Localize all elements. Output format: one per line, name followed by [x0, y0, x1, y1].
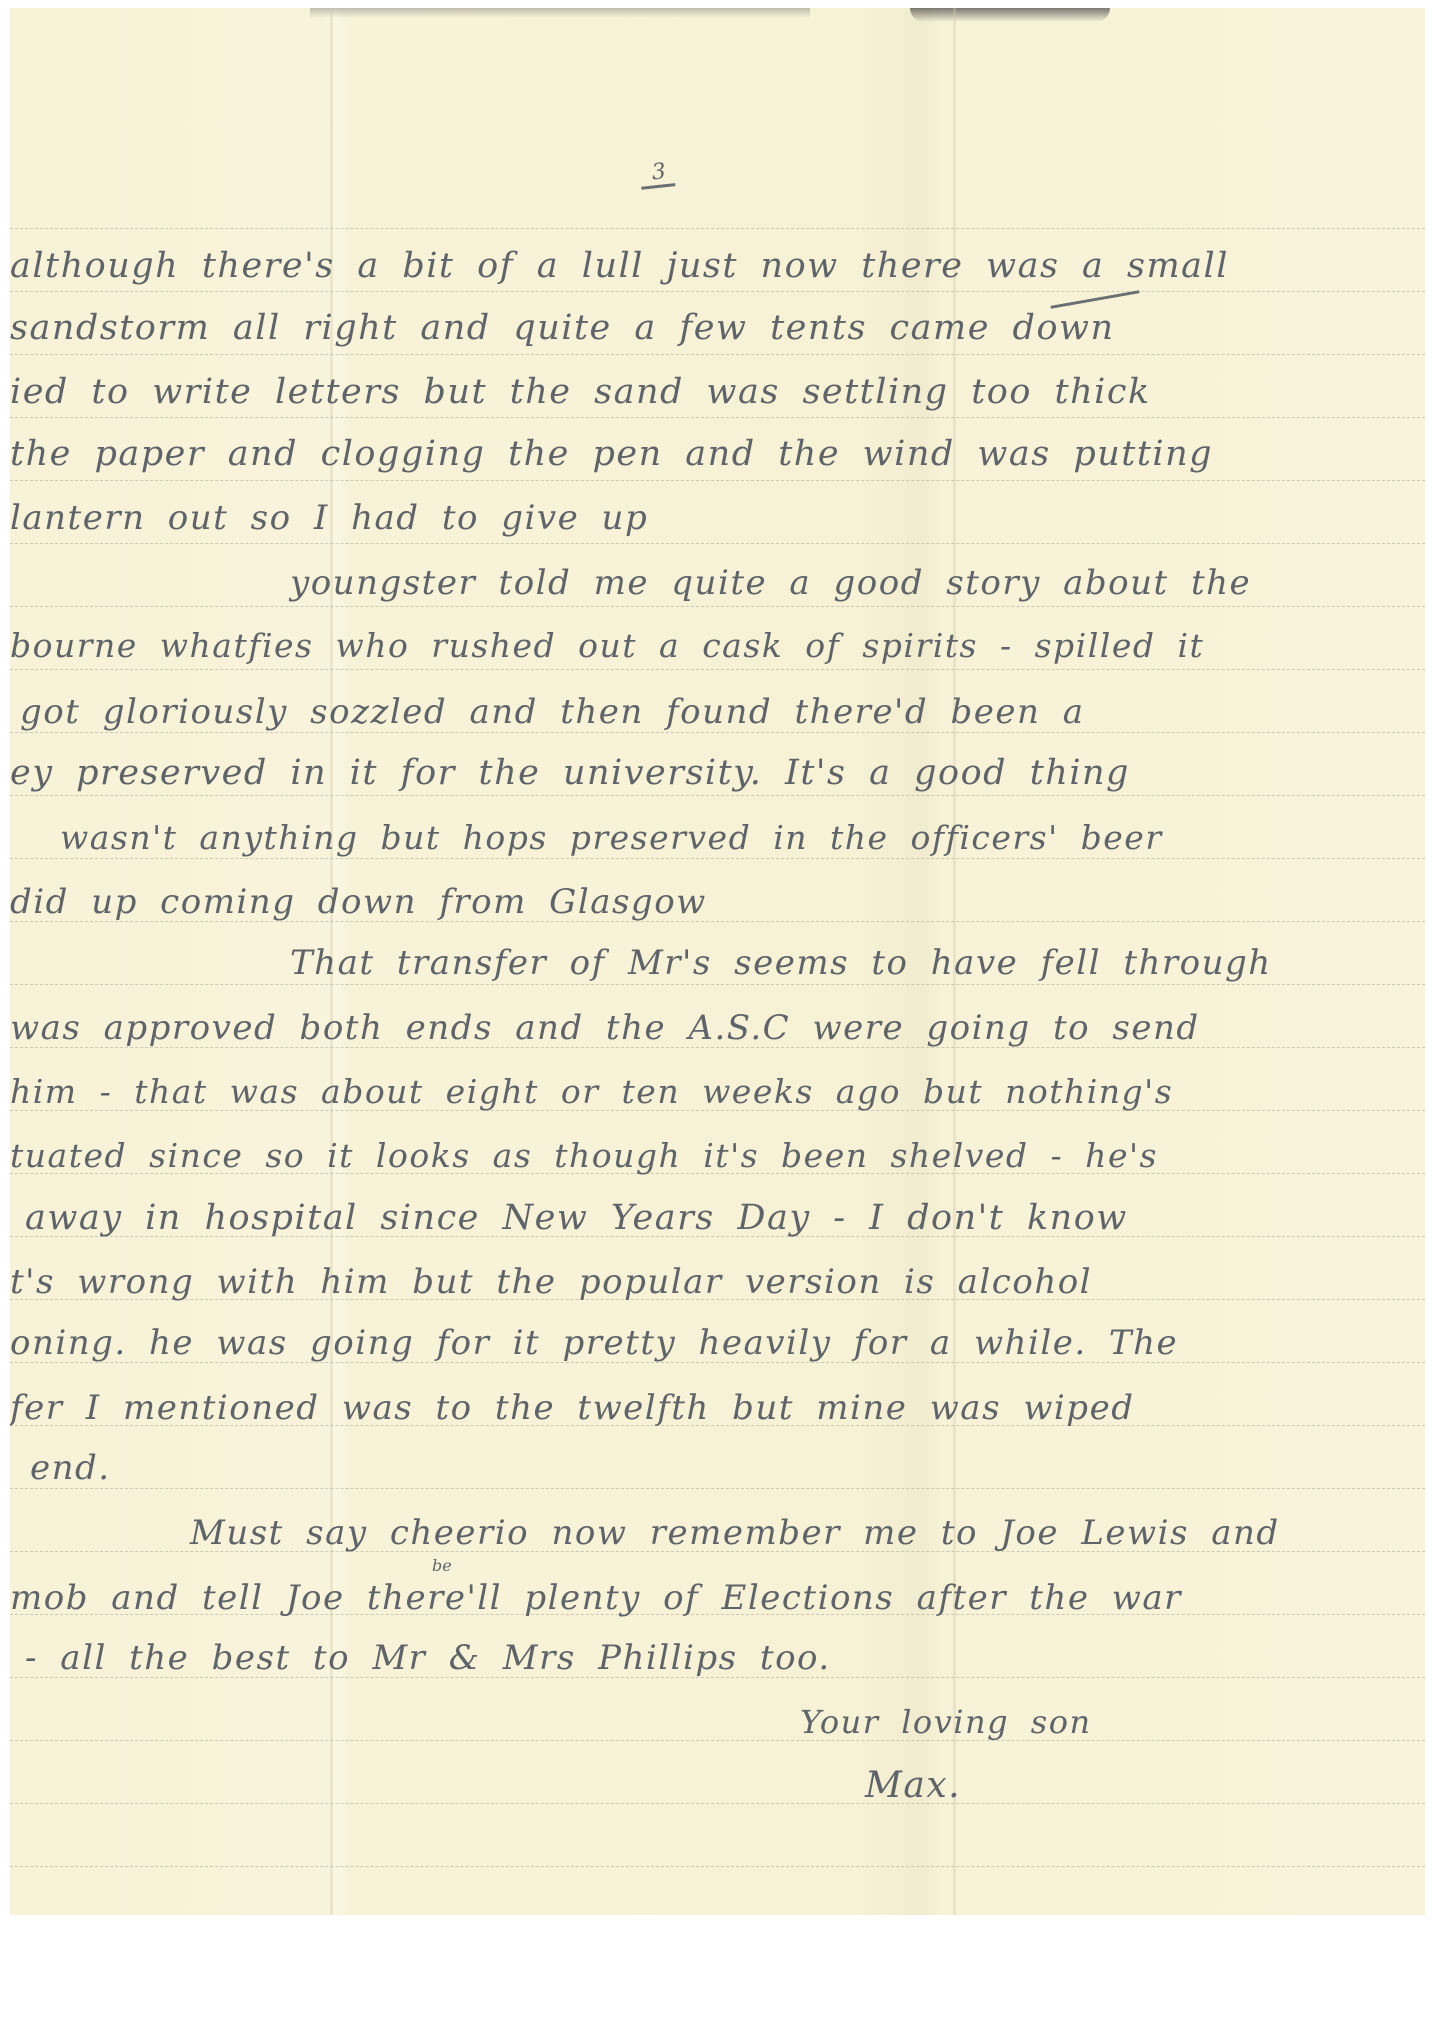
letter-line: tuated since so it looks as though it's …	[10, 1136, 1158, 1176]
insertion-mark: be	[432, 1556, 452, 1575]
scan-clip-shadow	[910, 8, 1110, 22]
letter-line: oning. he was going for it pretty heavil…	[10, 1323, 1178, 1363]
letter-line: although there's a bit of a lull just no…	[10, 246, 1229, 286]
letter-line: mob and tell Joe there'll plenty of Elec…	[10, 1578, 1182, 1618]
letter-line: youngster told me quite a good story abo…	[290, 563, 1251, 603]
letter-closing: Your loving son	[800, 1702, 1092, 1742]
ruled-line	[10, 543, 1425, 544]
letter-line: - all the best to Mr & Mrs Phillips too.	[25, 1638, 831, 1678]
letter-signature: Max.	[865, 1766, 961, 1806]
letter-line: sandstorm all right and quite a few tent…	[10, 308, 1115, 348]
letter-line: got gloriously sozzled and then found th…	[20, 692, 1084, 732]
ruled-line	[10, 1803, 1425, 1804]
letter-line: bourne whatfies who rushed out a cask of…	[10, 626, 1204, 666]
ruled-line	[10, 606, 1425, 607]
letter-line: him - that was about eight or ten weeks …	[10, 1072, 1173, 1112]
letter-line: wasn't anything but hops preserved in th…	[60, 818, 1163, 858]
ruled-line	[10, 1866, 1425, 1867]
ruled-line	[10, 858, 1425, 859]
ruled-line	[10, 291, 1425, 292]
letter-line: lantern out so I had to give up	[10, 498, 648, 538]
ruled-line	[10, 1740, 1425, 1741]
ruled-line	[10, 795, 1425, 796]
letter-line: away in hospital since New Years Day - I…	[25, 1198, 1128, 1238]
ruled-line	[10, 480, 1425, 481]
ruled-line	[10, 1488, 1425, 1489]
ruled-line	[10, 732, 1425, 733]
letter-line: was approved both ends and the A.S.C wer…	[10, 1008, 1200, 1048]
pen-stroke	[1050, 290, 1139, 309]
ruled-line	[10, 354, 1425, 355]
letter-line: Must say cheerio now remember me to Joe …	[190, 1513, 1280, 1553]
letter-paper: 3 although there's a bit of a lull just …	[10, 8, 1425, 1915]
letter-line: did up coming down from Glasgow	[10, 882, 707, 922]
letter-line: end.	[30, 1448, 111, 1488]
letter-line: t's wrong with him but the popular versi…	[10, 1262, 1092, 1302]
ruled-line	[10, 417, 1425, 418]
letter-line: That transfer of Mr's seems to have fell…	[290, 943, 1272, 983]
scanned-page: 3 although there's a bit of a lull just …	[0, 0, 1433, 2023]
page-number: 3	[639, 158, 676, 189]
letter-line: ied to write letters but the sand was se…	[10, 372, 1151, 412]
scan-edge-shadow	[310, 8, 810, 18]
letter-line: the paper and clogging the pen and the w…	[10, 434, 1213, 474]
ruled-line	[10, 228, 1425, 229]
ruled-line	[10, 984, 1425, 985]
letter-line: ey preserved in it for the university. I…	[10, 753, 1130, 793]
ruled-line	[10, 669, 1425, 670]
letter-line: fer I mentioned was to the twelfth but m…	[10, 1388, 1134, 1428]
